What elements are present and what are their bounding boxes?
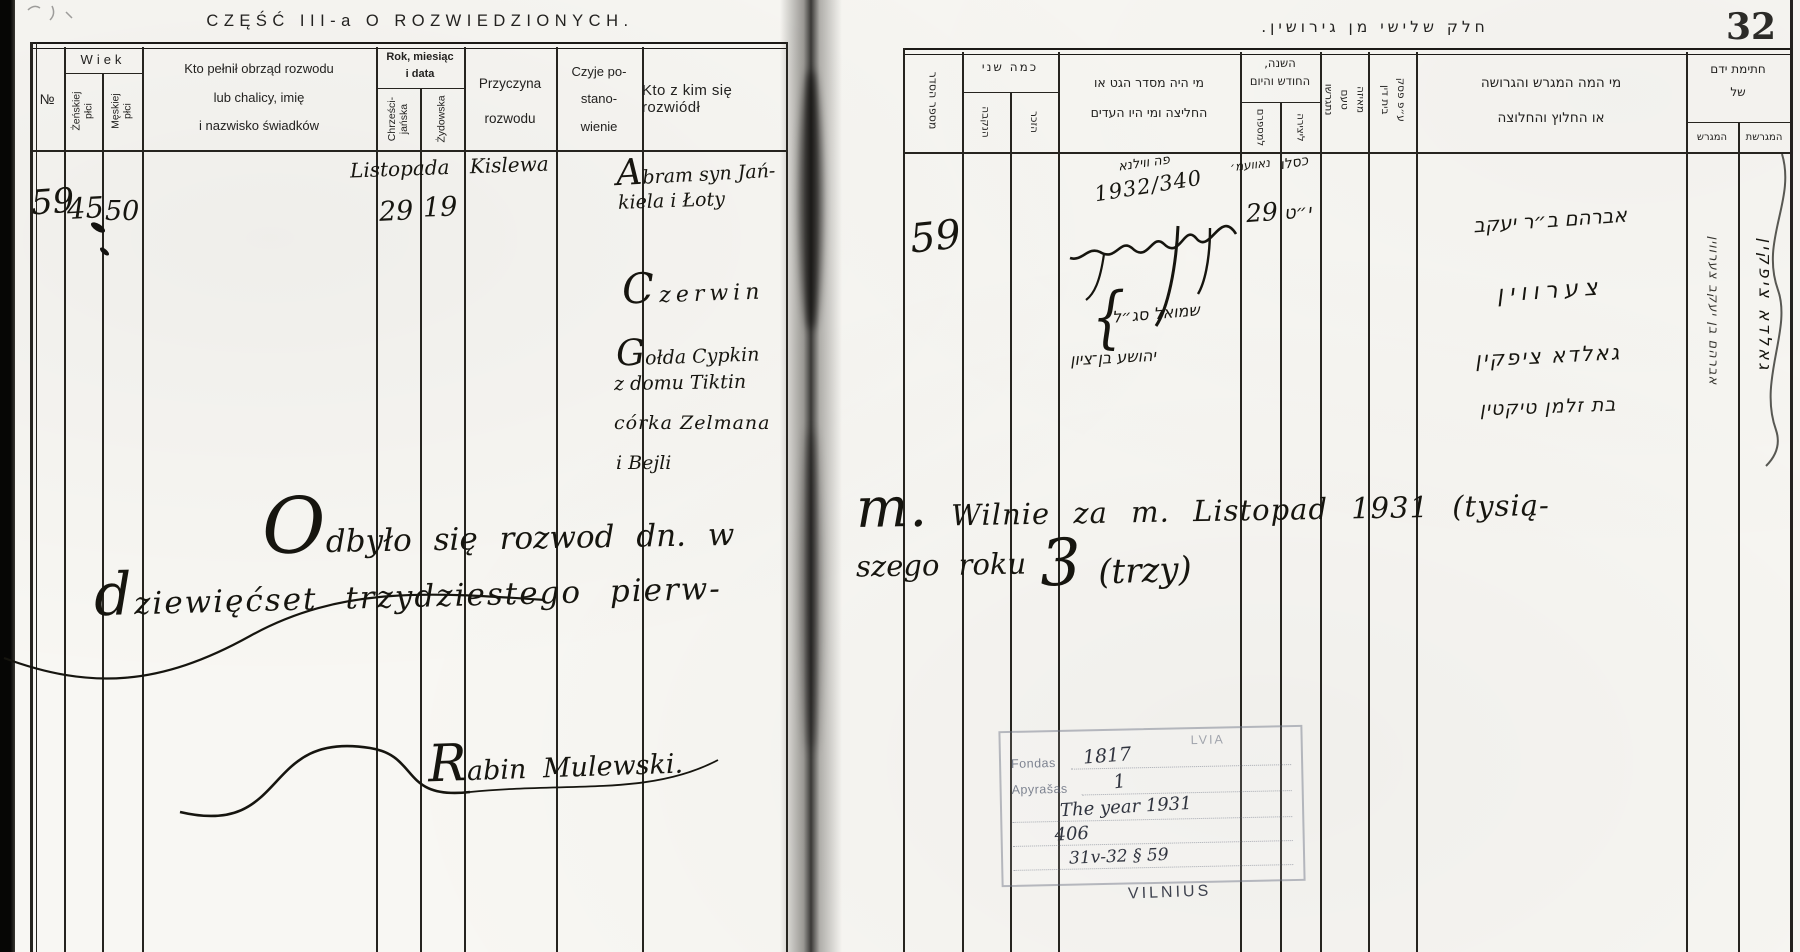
col-header-officiant: Kto pełnił obrząd rozwodu lub chalicy, i… [142, 55, 376, 141]
entry-months: Listopada Kislewa [350, 152, 549, 183]
col-header-date-group-heb: השנה, החודש והיום [1240, 54, 1320, 91]
rabbi-signature-flourish [170, 700, 730, 830]
entry-party-line-heb: אברהם ב״ר יעקב [1429, 200, 1670, 241]
stamp-fondas-label: Fondas [1011, 756, 1056, 771]
entry-day-civil-heb-side: 29 [1245, 197, 1279, 228]
col-header-decision-heb: ע״פ פסק בית דין [1368, 48, 1416, 152]
col-header-zydowska: Żydowska [420, 88, 464, 150]
flourish-sweep [0, 540, 560, 700]
gutter-dark-blob [800, 70, 822, 330]
col-header-przyczyna: Przyczyna rozwodu [464, 66, 556, 136]
entry-party-line-heb: גאלדא ציפקין [1428, 338, 1669, 375]
entry-age-female: 45 [66, 190, 105, 226]
stamp-fondas-value: 1817 [1082, 743, 1132, 768]
entry-party-line: Czerwin [621, 260, 765, 314]
stamp-pages-value: 31v-32 § 59 [1069, 845, 1169, 869]
entry-party-line-heb: בת זלמן טיקטין [1428, 392, 1669, 422]
entry-act-line-2a-right: szego roku [856, 547, 1027, 584]
entry-month-hebrew: כסלו [1279, 153, 1310, 174]
col-header-parties-heb: מי המה המגרש והגרושה או החלוץ והחלוצה [1416, 66, 1686, 136]
col-header-wiek: Wiek [64, 52, 142, 67]
margin-signature-flourish [1752, 150, 1792, 470]
gutter-dark-blob-2 [803, 430, 819, 750]
stamp-dotted-line [1012, 815, 1292, 823]
left-page-title: CZĘŚĆ III-a O ROZWIEDZIONYCH. [170, 12, 670, 31]
left-book-edge [0, 0, 15, 952]
entry-party-line: Abram syn Jań- [615, 144, 776, 194]
col-header-chrzescijanska: Chrześci- jańska [376, 88, 420, 150]
col-header-rok-data: Rok, miesiąc i data [376, 49, 464, 82]
entry-party-line: Gołda Cypkin [615, 328, 760, 375]
right-page-edge [1790, 0, 1793, 952]
officiant-signature-scribble [1060, 198, 1245, 368]
col-header-no: № [30, 47, 64, 150]
stamp-byla-value: 406 [1054, 823, 1089, 846]
entry-month-civil: נאוועמ׳ [1229, 156, 1270, 175]
col-header-zenskiej: Żeńskiej płci [64, 73, 102, 150]
stamp-apyrasas-value: 1 [1112, 770, 1127, 793]
col-header-officiant-heb: מי היה מסדר הגט או החליצה ומי היו העדים [1058, 68, 1240, 128]
col-header-signer-male: המגרש [1686, 122, 1738, 152]
stamp-apyrasas-label: Apyrašas [1011, 782, 1067, 797]
entry-day-jewish: 19 [422, 191, 457, 223]
entry-act-line-1-right: m. Wilnie za m. Listopad 1931 (tysią- [855, 464, 1550, 540]
pencil-marks [22, 2, 82, 32]
archive-stamp-name: LVIA [1190, 732, 1224, 747]
col-header-serial: מספר הסדר [903, 48, 962, 152]
entry-age-male: 50 [105, 196, 139, 227]
left-table-edge-line-inner [36, 42, 37, 952]
entry-party-line-heb: צערווין [1439, 270, 1660, 311]
ink-blot [99, 246, 111, 257]
scanned-register-spread: CZĘŚĆ III-a O ROZWIEDZIONYCH. № Wiek Żeń… [0, 0, 1800, 952]
column-line [142, 47, 144, 952]
archive-stamp: LVIA Fondas 1817 Apyrašas 1 The year 193… [998, 725, 1305, 887]
col-header-czyje: Czyje po- stano- wienie [556, 58, 642, 140]
entry-act-line-2b-right: 3 (trzy) [1039, 521, 1193, 601]
entry-party-line: i Bejli [616, 452, 671, 474]
entry-party-line: z domu Tiktin [614, 371, 747, 395]
col-header-date-civil: למספרם [1240, 102, 1280, 152]
col-header-meskiej: Męskiej płci [102, 73, 142, 150]
entry-party-line: kiela i Łoty [618, 188, 726, 214]
right-page-title: חלק שלישי מן גירושין. [1185, 18, 1565, 36]
col-header-kto-z-kim: Kto z kim się rozwiódł [642, 47, 786, 150]
entry-party-line: córka Zelmana [614, 412, 770, 434]
entry-day-hebrew: י״ט [1283, 201, 1312, 224]
column-line [786, 42, 788, 952]
column-line [1738, 122, 1740, 952]
stamp-city: VILNIUS [1128, 883, 1212, 904]
entry-number-heb-side: 59 [908, 211, 963, 262]
col-header-date-hebrew: ליצירה [1280, 102, 1320, 152]
col-header-ages-group: כמה שני [962, 60, 1058, 74]
entry-day-christian: 29 [378, 195, 414, 228]
col-header-age-male-heb: הזכר [1010, 92, 1058, 152]
col-header-signatures-group: חתימת ידם של [1686, 58, 1790, 104]
left-table-edge-line [30, 42, 33, 952]
page-number: 32 [1726, 6, 1776, 48]
right-header-bottom-rule [903, 152, 1790, 154]
col-header-reason-heb: מאיזה טעם נתגרשו [1320, 48, 1368, 152]
col-header-age-female-heb: הנקבה [962, 92, 1010, 152]
col-header-signer-female: המגרשת [1738, 122, 1790, 152]
signature-male-vertical: אברהם בן יעקב צערווין [1688, 170, 1738, 450]
column-line [1686, 52, 1688, 952]
